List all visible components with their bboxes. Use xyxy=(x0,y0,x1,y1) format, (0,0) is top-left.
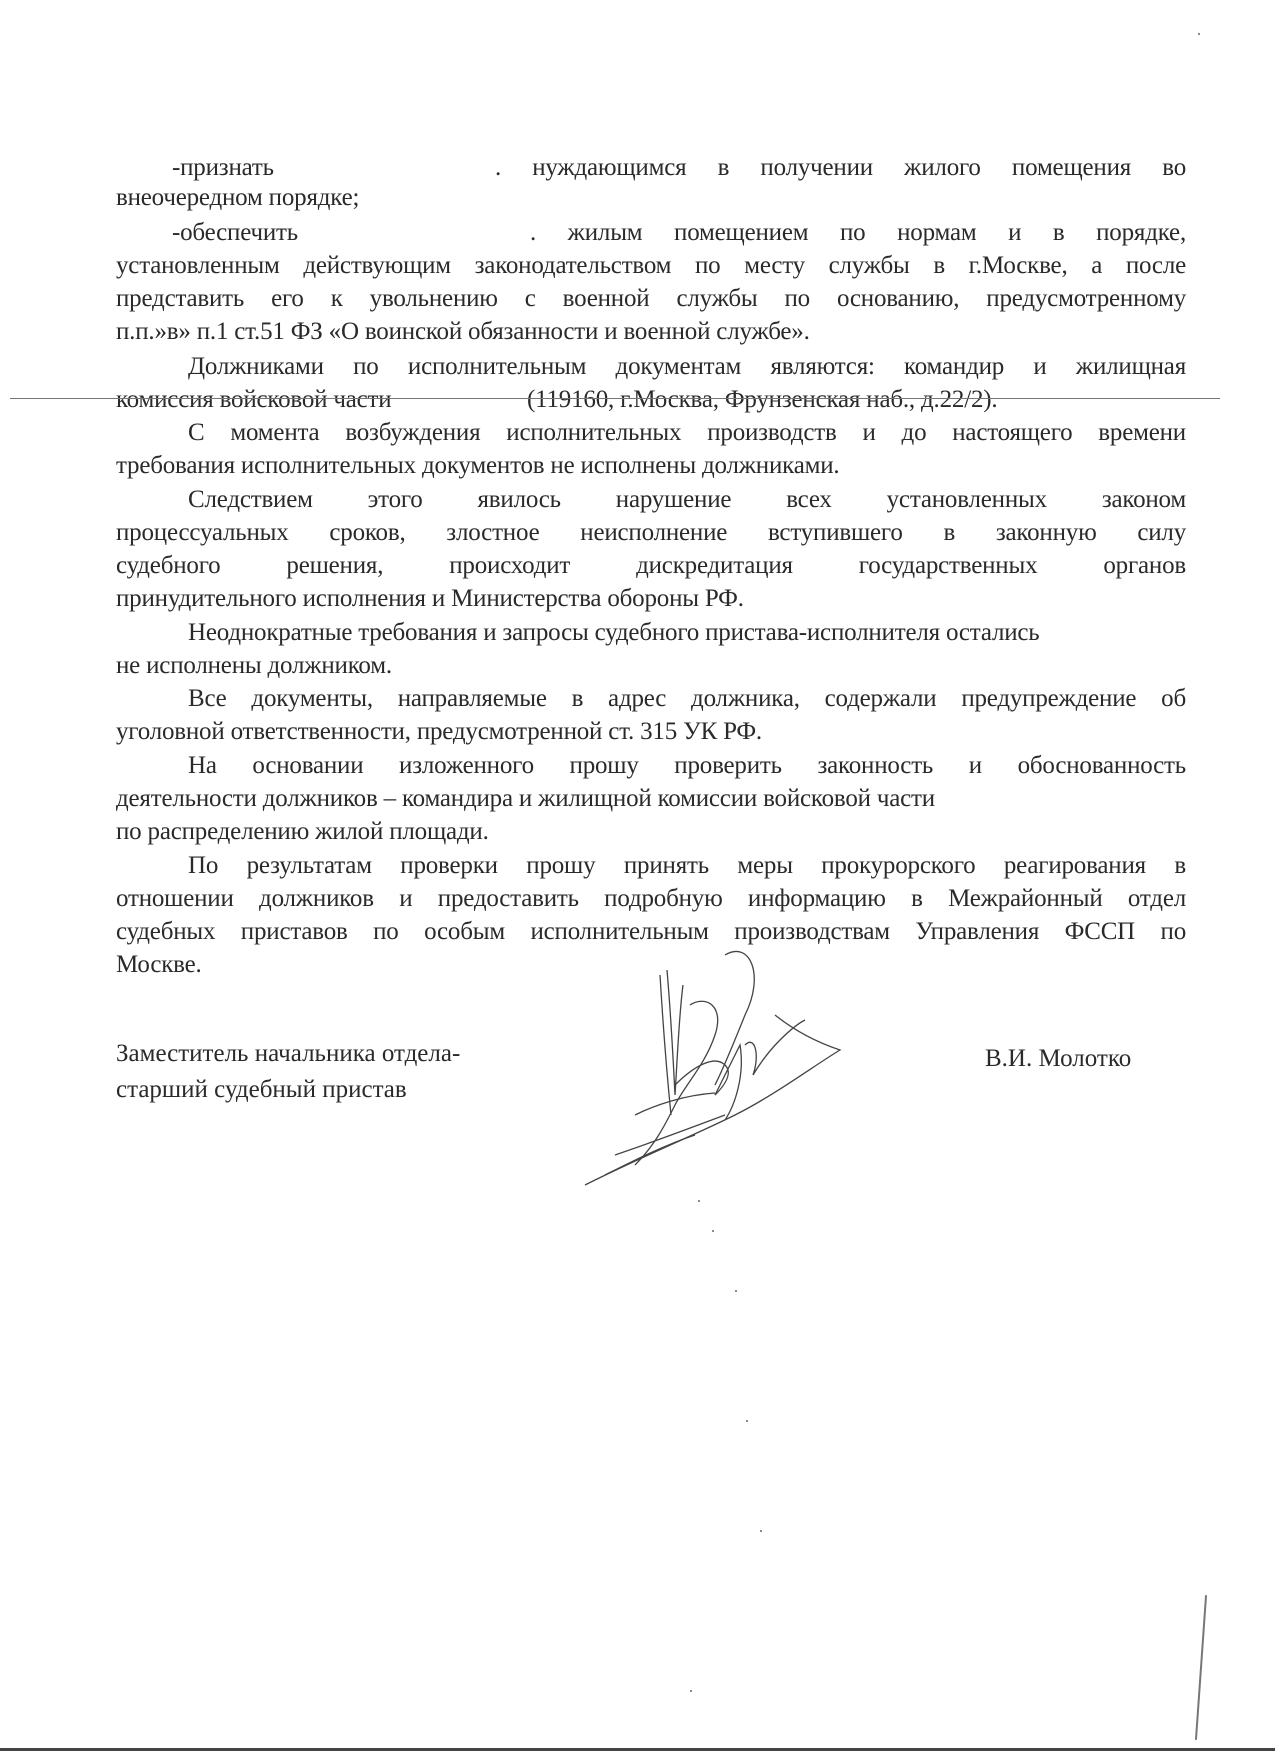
scan-speck xyxy=(760,1530,762,1532)
text-fragment: -признать xyxy=(172,154,274,181)
text-line: На основании изложенного прошу проверить… xyxy=(188,751,1186,781)
text-line: п.п.»в» п.1 ст.51 ФЗ «О воинской обязанн… xyxy=(116,317,1186,347)
text-line: (119160, г.Москва, Фрунзенская наб., д.2… xyxy=(527,385,1127,415)
text-line: отношении должников и предоставить подро… xyxy=(116,884,1186,914)
text-line: требования исполнительных документов не … xyxy=(116,451,1186,481)
text-line: Все документы, направляемые в адрес долж… xyxy=(188,684,1186,714)
text-line: по распределению жилой площади. xyxy=(116,817,1186,847)
text-line: . нуждающимся в получении жилого помещен… xyxy=(495,153,1186,183)
signatory-position: Заместитель начальника отдела- старший с… xyxy=(116,1036,460,1108)
handwritten-signature-icon xyxy=(575,945,845,1205)
scan-strike-line xyxy=(10,398,1220,399)
text-line: деятельности должников – командира и жил… xyxy=(116,784,1186,814)
text-line: представить его к увольнению с военной с… xyxy=(116,284,1186,314)
text-fragment: -обеспечить xyxy=(172,219,298,246)
scan-speck xyxy=(746,1420,748,1422)
scan-speck xyxy=(712,1230,714,1232)
scan-speck xyxy=(735,1290,737,1292)
text-line: . жилым помещением по нормам и в порядке… xyxy=(530,218,1186,248)
text-fragment: . нуждающимся в получении жилого помещен… xyxy=(495,154,1186,181)
text-fragment: . жилым помещением по нормам и в порядке… xyxy=(530,219,1186,246)
position-line-1: Заместитель начальника отдела- xyxy=(116,1036,460,1072)
text-line: установленным действующим законодательст… xyxy=(116,251,1186,281)
scan-edge-mark xyxy=(1195,1595,1207,1740)
text-line: С момента возбуждения исполнительных про… xyxy=(188,418,1186,448)
text-line: судебного решения, происходит дискредита… xyxy=(116,551,1186,581)
text-line: судебных приставов по особым исполнитель… xyxy=(116,917,1186,947)
scan-speck xyxy=(698,1200,700,1202)
text-line: Должниками по исполнительным документам … xyxy=(188,352,1186,382)
text-line: уголовной ответственности, предусмотренн… xyxy=(116,717,1186,747)
scan-speck xyxy=(690,1690,692,1692)
text-line: процессуальных сроков, злостное неисполн… xyxy=(116,518,1186,548)
text-line: Неоднократные требования и запросы судеб… xyxy=(188,618,1186,648)
text-line: Следствием этого явилось нарушение всех … xyxy=(188,485,1186,515)
text-fragment: комиссия войсковой части xyxy=(116,386,391,413)
address-text: (119160, г.Москва, Фрунзенская наб., д.2… xyxy=(527,386,997,413)
text-line: По результатам проверки прошу принять ме… xyxy=(188,851,1186,881)
text-line: внеочередном порядке; xyxy=(116,183,1186,213)
scan-speck xyxy=(1198,33,1200,35)
scanned-document-page: -признать . нуждающимся в получении жило… xyxy=(0,0,1275,1755)
signer-name: В.И. Молотко xyxy=(985,1045,1131,1073)
text-line: принудительного исполнения и Министерств… xyxy=(116,584,1186,614)
text-line: не исполнены должником. xyxy=(116,651,1186,681)
scan-bottom-edge xyxy=(0,1748,1275,1751)
text-line: -обеспечить xyxy=(172,218,472,248)
position-line-2: старший судебный пристав xyxy=(116,1072,460,1108)
